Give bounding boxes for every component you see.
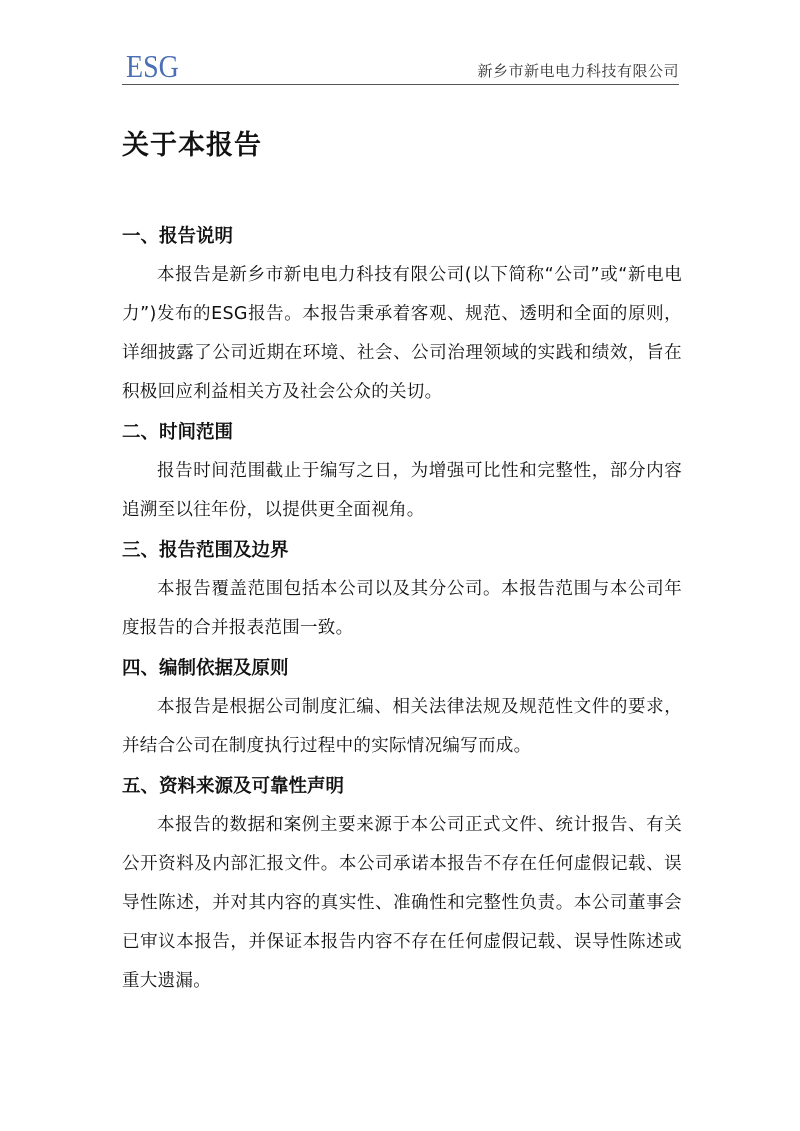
section-basis-principles: 四、编制依据及原则 本报告是根据公司制度汇编、相关法律法规及规范性文件的要求，并… bbox=[122, 656, 682, 766]
document-body: 关于本报告 一、报告说明 本报告是新乡市新电电力科技有限公司(以下简称“公司”或… bbox=[122, 124, 682, 1001]
section-body: 本报告的数据和案例主要来源于本公司正式文件、统计报告、有关公开资料及内部汇报文件… bbox=[122, 806, 682, 1001]
page-title: 关于本报告 bbox=[122, 124, 682, 168]
section-heading: 四、编制依据及原则 bbox=[122, 656, 682, 682]
company-name: 新乡市新电电力科技有限公司 bbox=[477, 60, 679, 81]
section-body: 本报告覆盖范围包括本公司以及其分公司。本报告范围与本公司年度报告的合并报表范围一… bbox=[122, 570, 682, 648]
section-heading: 五、资料来源及可靠性声明 bbox=[122, 774, 682, 800]
section-body: 本报告是根据公司制度汇编、相关法律法规及规范性文件的要求，并结合公司在制度执行过… bbox=[122, 688, 682, 766]
section-heading: 一、报告说明 bbox=[122, 224, 682, 250]
section-body: 本报告是新乡市新电电力科技有限公司(以下简称“公司”或“新电电力”)发布的ESG… bbox=[122, 256, 682, 412]
section-data-sources: 五、资料来源及可靠性声明 本报告的数据和案例主要来源于本公司正式文件、统计报告、… bbox=[122, 774, 682, 1001]
section-time-range: 二、时间范围 报告时间范围截止于编写之日，为增强可比性和完整性，部分内容追溯至以… bbox=[122, 420, 682, 530]
section-report-description: 一、报告说明 本报告是新乡市新电电力科技有限公司(以下简称“公司”或“新电电力”… bbox=[122, 224, 682, 412]
section-heading: 二、时间范围 bbox=[122, 420, 682, 446]
section-body: 报告时间范围截止于编写之日，为增强可比性和完整性，部分内容追溯至以往年份，以提供… bbox=[122, 452, 682, 530]
page-header: ESG 新乡市新电电力科技有限公司 bbox=[122, 52, 679, 85]
section-heading: 三、报告范围及边界 bbox=[122, 538, 682, 564]
esg-logo: ESG bbox=[126, 51, 179, 85]
section-scope-boundary: 三、报告范围及边界 本报告覆盖范围包括本公司以及其分公司。本报告范围与本公司年度… bbox=[122, 538, 682, 648]
